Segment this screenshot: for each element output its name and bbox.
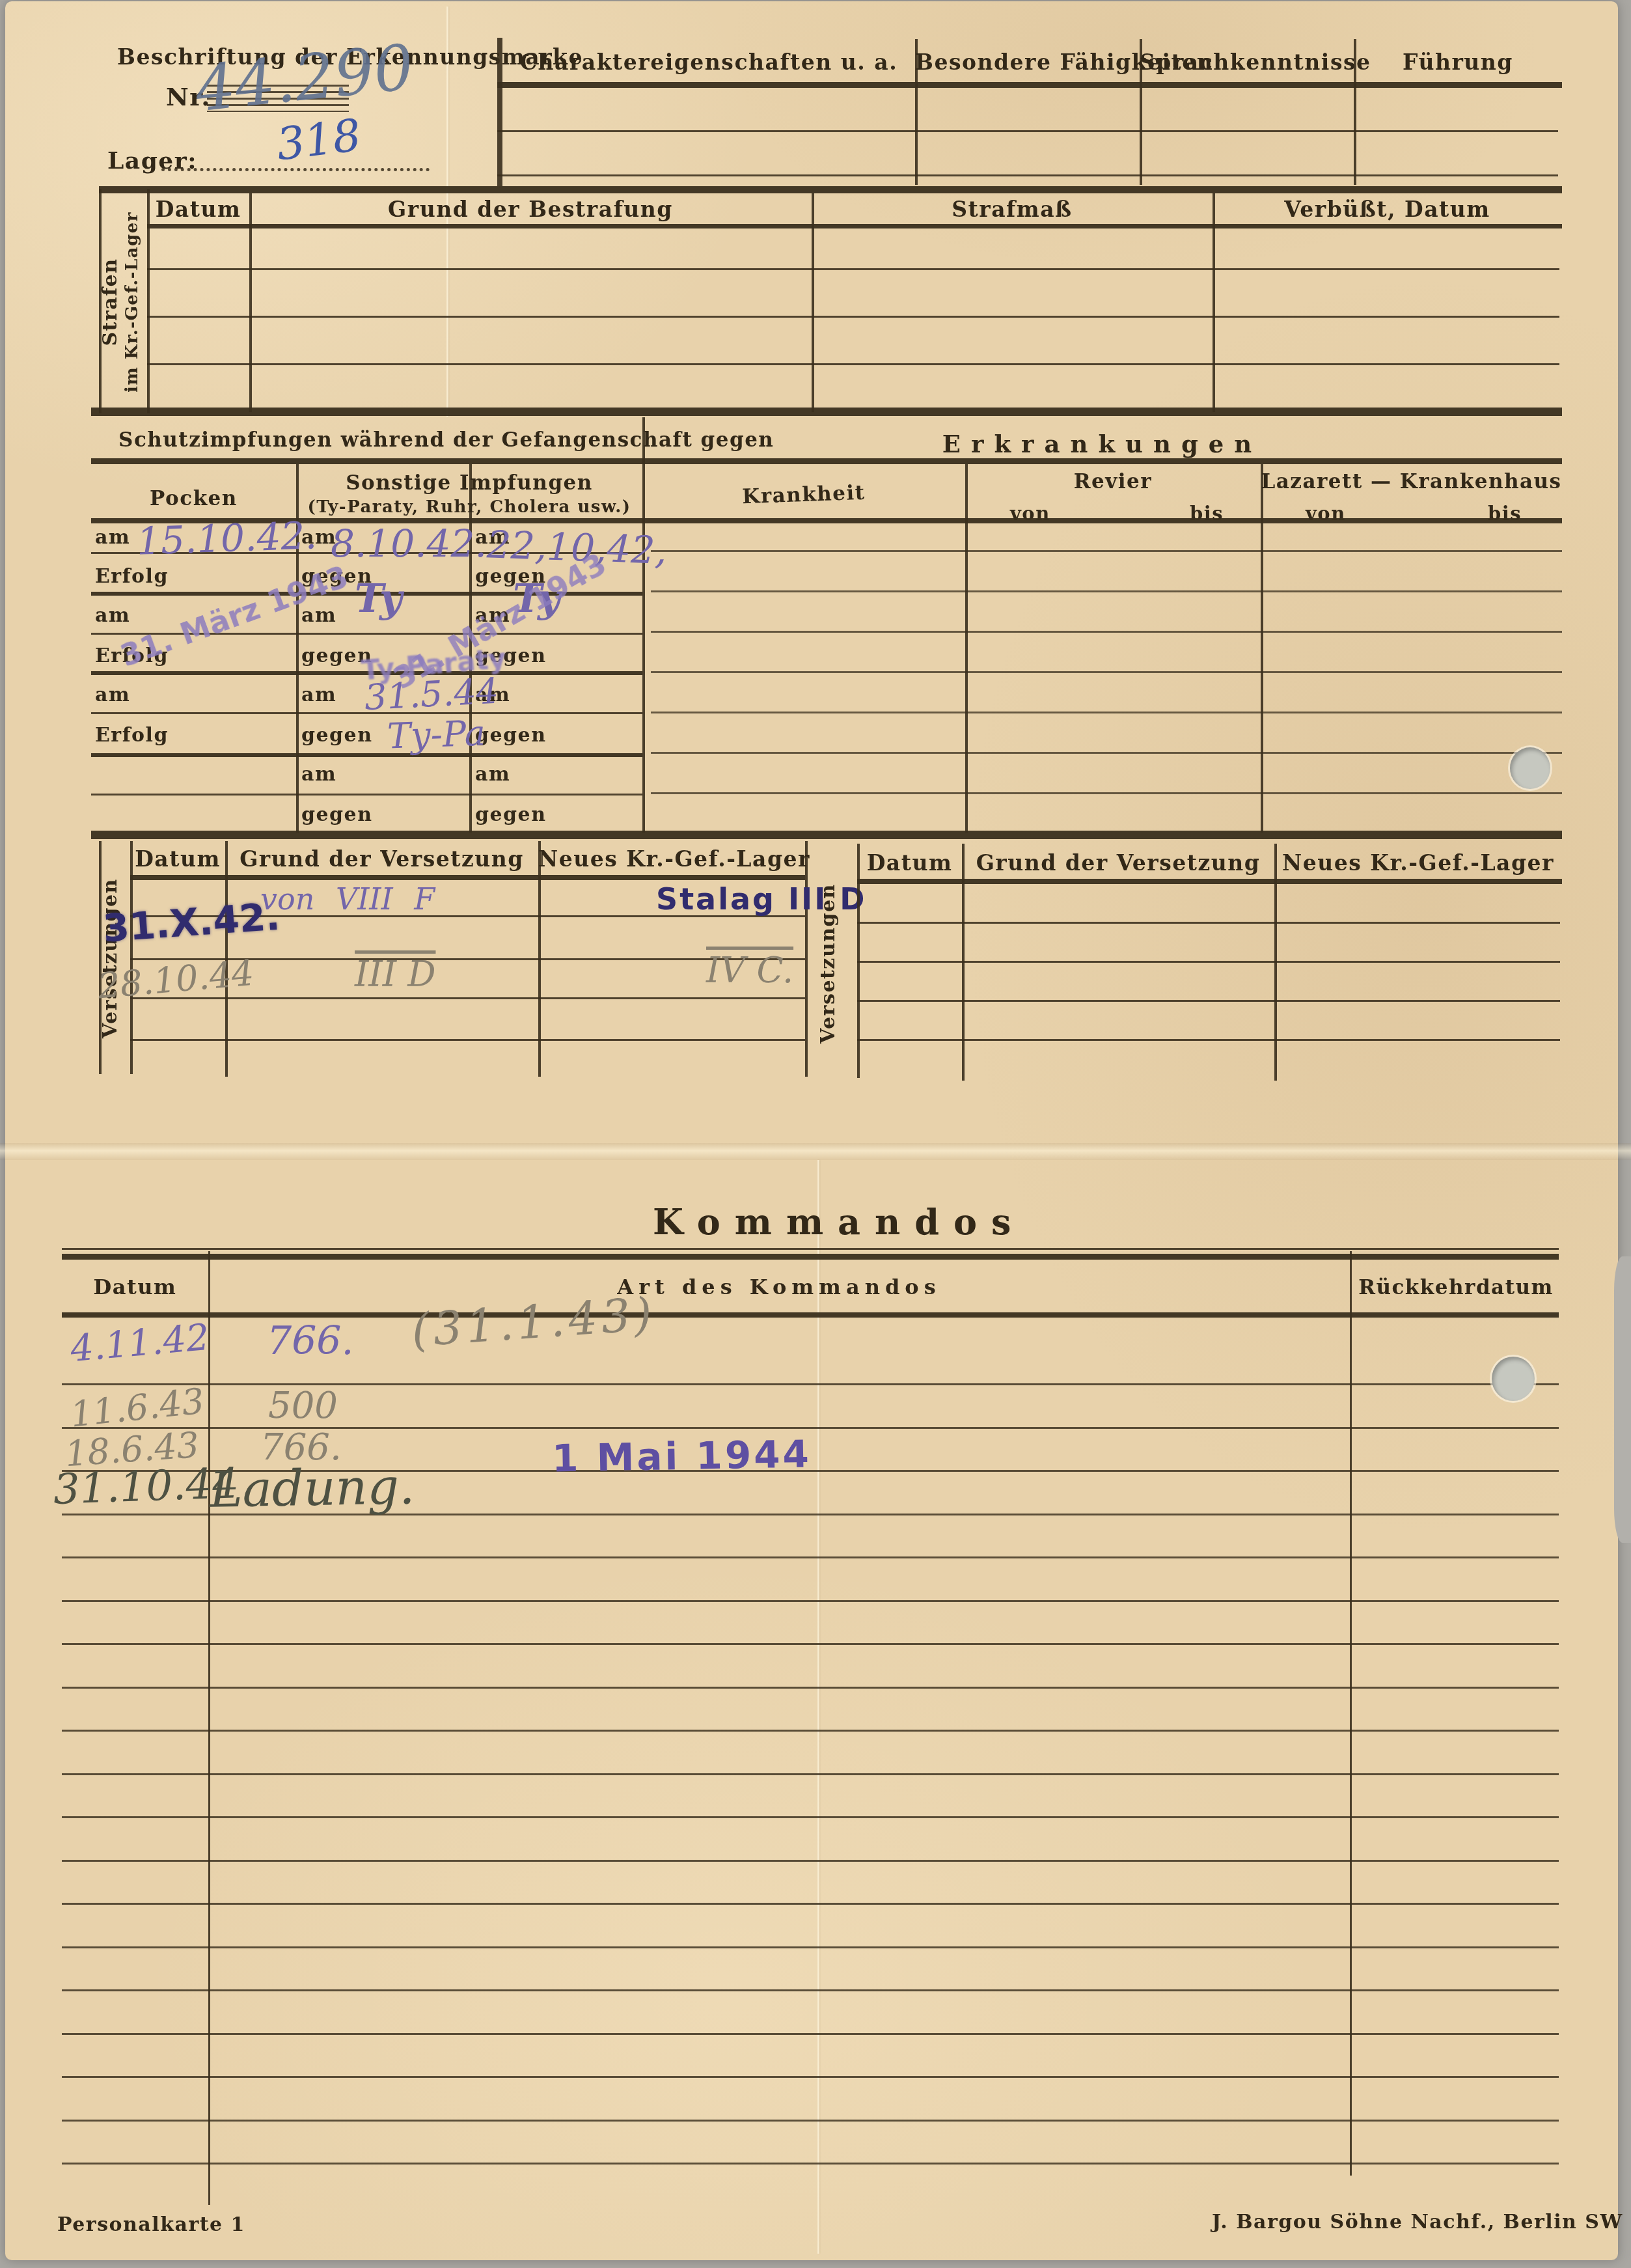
kommandos-title: Kommandos: [653, 1201, 978, 1243]
sons1-gegen-4: gegen: [301, 803, 372, 826]
vers-r-line-4: [857, 1039, 1560, 1041]
sons1-date-1: 8.10.42.: [331, 525, 487, 562]
versetzungen-side-label-left: Versetzungen: [99, 844, 131, 1073]
datum-stamp-31x42: 31.X.42.: [102, 898, 281, 948]
vers-l-col-lager: Neues Kr.-Gef.-Lager: [538, 846, 805, 872]
strafen-row-line-1: [147, 268, 1559, 270]
sons1-am-4: am: [301, 763, 336, 786]
vers-l-col-datum: Datum: [130, 846, 225, 872]
sons2-am-4: am: [475, 763, 510, 786]
strafen-header-rule: [147, 224, 1562, 228]
vers-r-line-2: [857, 961, 1560, 963]
kommando-art-2: 500: [268, 1388, 338, 1424]
lazarett-label: Lazarett — Krankenhaus: [1261, 470, 1562, 493]
strafen-side-label: Strafen im Kr.-Gef.-Lager: [99, 193, 148, 411]
vers-l-header-rule: [130, 875, 805, 880]
erkrankungen-title: Erkrankungen: [642, 430, 1562, 458]
pocken-am-1: am: [95, 526, 130, 549]
pocken-label: Pocken: [91, 487, 296, 510]
impf-line-6: [91, 753, 642, 757]
kommandos-col-rueckkehr: Rückkehrdatum: [1350, 1276, 1562, 1299]
vers-l-border-2: [805, 841, 808, 1077]
strafen-bottom-border: [91, 408, 1562, 416]
pocken-date-1: 15.10.42.: [136, 516, 318, 560]
strafen-row-line-3: [147, 363, 1559, 365]
vers-grund-2: III D: [355, 957, 435, 992]
col-faehigkeiten: Besondere Fähigkeiten: [915, 49, 1140, 75]
mai-1944-stamp: 1 Mai 1944: [552, 1435, 812, 1478]
vers-lager-2: IV C.: [706, 953, 793, 988]
pocken-erfolg-1: Erfolg: [95, 565, 169, 588]
vers-r-line-3: [857, 1000, 1560, 1002]
col-fuehrung: Führung: [1354, 49, 1562, 75]
vers-l-border-0: [99, 841, 102, 1074]
sons1-gegen-3: gegen: [301, 724, 372, 747]
sons2-gegen-3: gegen: [475, 724, 546, 747]
erkrankungen-ruled-rows: [651, 512, 1562, 798]
footer-right: J. Bargou Söhne Nachf., Berlin SW 68: [1212, 2211, 1631, 2233]
impf-band-rule: [91, 458, 1562, 464]
strafen-outer-border: [99, 189, 102, 413]
punch-hole-top: [1510, 747, 1550, 789]
sonstige-note: (Ty-Paraty, Ruhr, Cholera usw.): [296, 497, 642, 517]
strafen-side-line2: im Kr.-Gef.-Lager: [122, 193, 143, 411]
sonstige-label: Sonstige Impfungen: [296, 471, 642, 495]
vers-l-line-4: [130, 1039, 805, 1041]
kommandos-header-rule: [62, 1312, 1559, 1318]
horizontal-fold: [0, 1143, 1631, 1160]
strafen-row-line-2: [147, 316, 1559, 318]
vers-r-col-lager: Neues Kr.-Gef.-Lager: [1274, 850, 1562, 876]
strafen-col-strafmass: Strafmaß: [812, 197, 1213, 222]
sons1-date-3: 31.5.44: [364, 674, 500, 716]
impf-erkr-divider: [642, 417, 645, 833]
vers-r-col-datum: Datum: [857, 850, 962, 876]
vers-r-line-1: [857, 922, 1560, 924]
kommando-art-4: Ladung.: [209, 1461, 415, 1514]
lager-dotted-line: [161, 168, 430, 171]
top-table-header-rule: [497, 82, 1562, 88]
strafen-label-divider: [147, 189, 150, 413]
top-table-row-line-2: [497, 174, 1558, 176]
kommandos-col-datum: Datum: [62, 1275, 208, 1299]
strafen-top-border: [99, 186, 1562, 193]
kommandos-top-thick-rule: [62, 1254, 1559, 1260]
kommando-art-1: 766.: [267, 1321, 354, 1361]
vers-l-line-3: [130, 997, 805, 999]
vers-l-col-grund: Grund der Versetzung: [225, 846, 538, 872]
pocken-am-2: am: [95, 604, 130, 627]
pocken-am-3: am: [95, 684, 130, 706]
pocken-erfolg-3: Erfolg: [95, 724, 169, 747]
sons1-ty-1: Ty: [355, 579, 402, 618]
sons1-typa-3: Ty-Pa: [387, 715, 486, 754]
top-table-row-line-1: [497, 130, 1558, 132]
top-table-left-border: [497, 38, 502, 186]
kommandos-col-art: Art des Kommandos: [208, 1275, 1350, 1299]
strafen-col-verbuesst: Verbüßt, Datum: [1213, 197, 1562, 222]
versetzungen-side-label-right: Versetzungen: [817, 849, 851, 1078]
footer-left: Personalkarte 1: [57, 2213, 245, 2236]
strafen-col-datum: Datum: [147, 197, 249, 222]
sons2-gegen-4: gegen: [475, 803, 546, 826]
vers-grund-1: von VIII F: [260, 884, 435, 914]
kommandos-top-thin-rule: [62, 1248, 1559, 1250]
strafen-side-line1: Strafen: [99, 193, 122, 411]
impf-line-7: [91, 794, 642, 795]
col-charakter: Charaktereigenschaften u. a.: [502, 49, 915, 75]
scanned-pow-card: Beschriftung der Erkennungsmarke Nr. 44.…: [0, 0, 1631, 2268]
impf-bottom-border: [91, 831, 1562, 839]
sons1-am-3: am: [301, 684, 336, 706]
vers-r-header-rule: [857, 879, 1562, 884]
lager-number-handwritten: 318: [274, 113, 363, 167]
revier-label: Revier: [965, 470, 1261, 493]
vers-r-col-grund: Grund der Versetzung: [962, 850, 1274, 876]
col-sprachkenntnisse: Sprachkenntnisse: [1140, 49, 1354, 75]
punch-hole-bottom: [1492, 1357, 1535, 1401]
strafen-col-grund: Grund der Bestrafung: [249, 197, 812, 222]
scan-edge-right: [1614, 1256, 1631, 1543]
